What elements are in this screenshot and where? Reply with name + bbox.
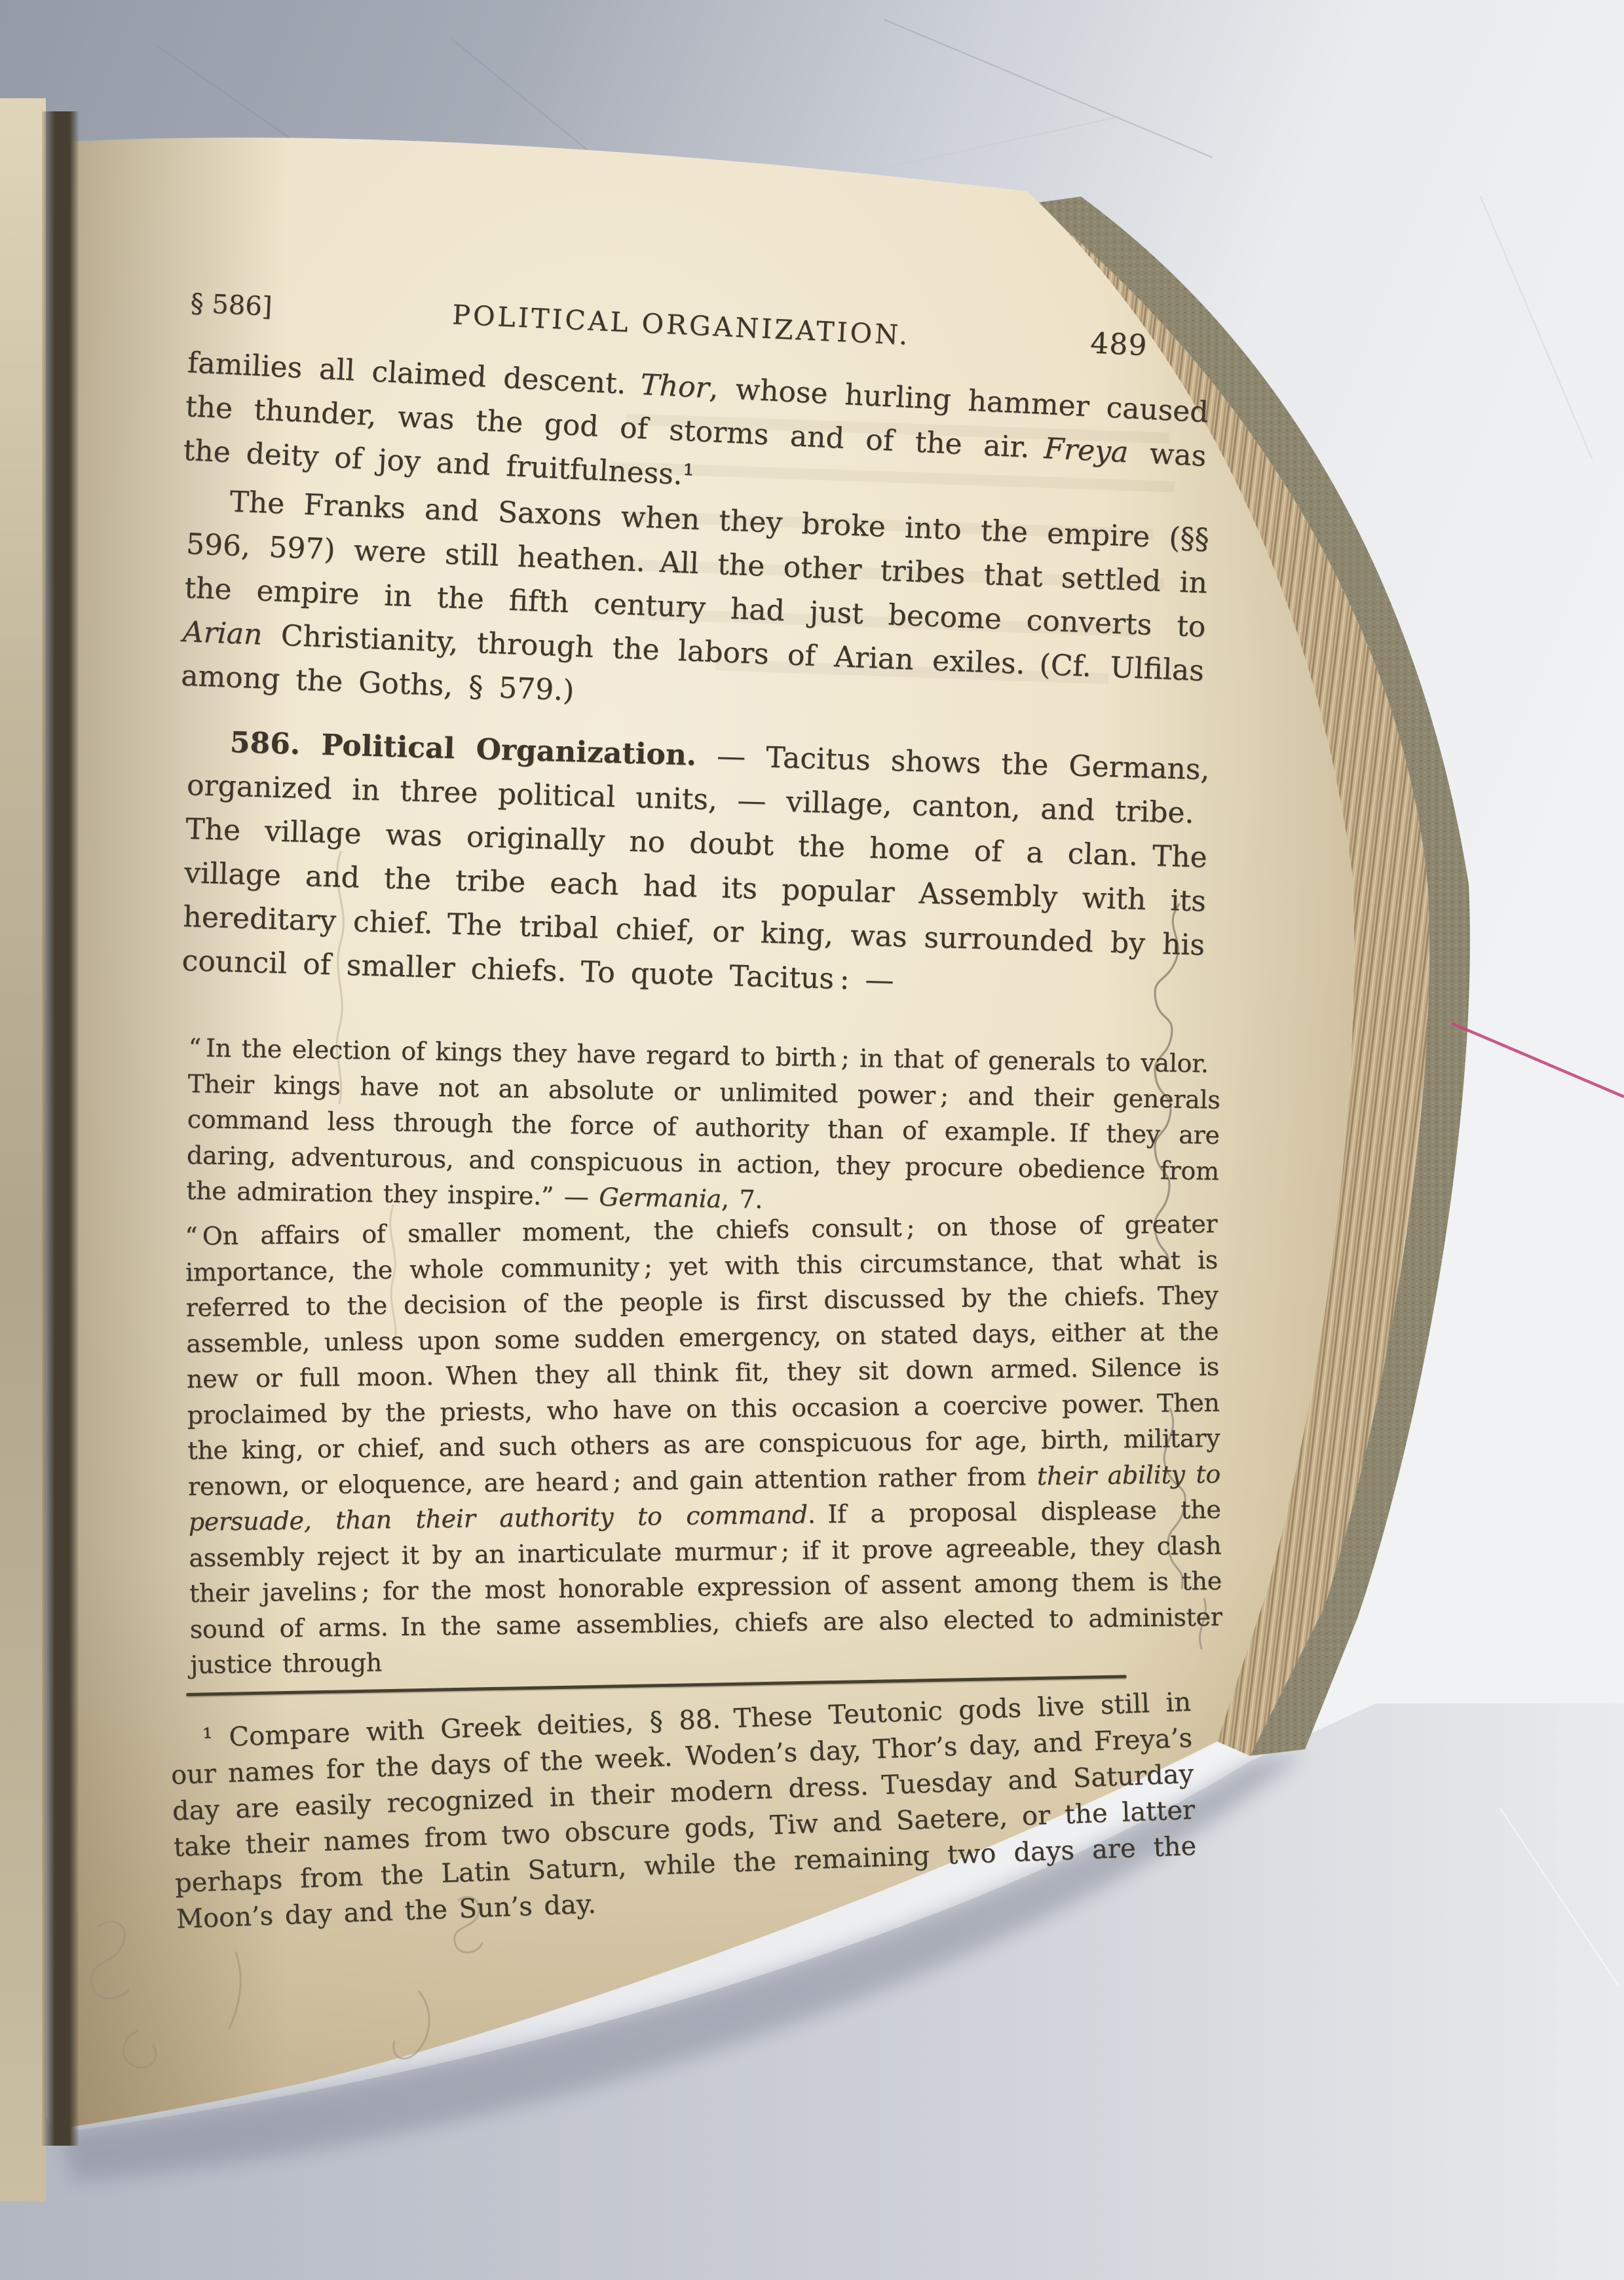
section-heading: 586. Political Organization. [229, 726, 697, 772]
gutter-shadow [42, 111, 79, 2146]
section-body: — Tacitus shows the Germans, organized i… [181, 739, 1210, 998]
book-photo: § 586] POLITICAL ORGANIZATION. 489 famil… [0, 0, 1624, 2280]
quote-germania-11: “ On affairs of smaller moment, the chie… [185, 1206, 1223, 1683]
footnote-text: ¹ Compare with Greek deities, § 88. Thes… [169, 1684, 1198, 1938]
paragraph-section-586: 586. Political Organization. — Tacitus s… [181, 719, 1211, 1011]
facing-page-edge [0, 98, 46, 2201]
paragraph-franks-saxons: The Franks and Saxons when they broke in… [180, 478, 1210, 737]
quote-germania-7: “ In the election of kings they have reg… [186, 1030, 1221, 1225]
header-section-ref: § 586] [190, 288, 273, 322]
header-page-number: 489 [1089, 326, 1148, 362]
